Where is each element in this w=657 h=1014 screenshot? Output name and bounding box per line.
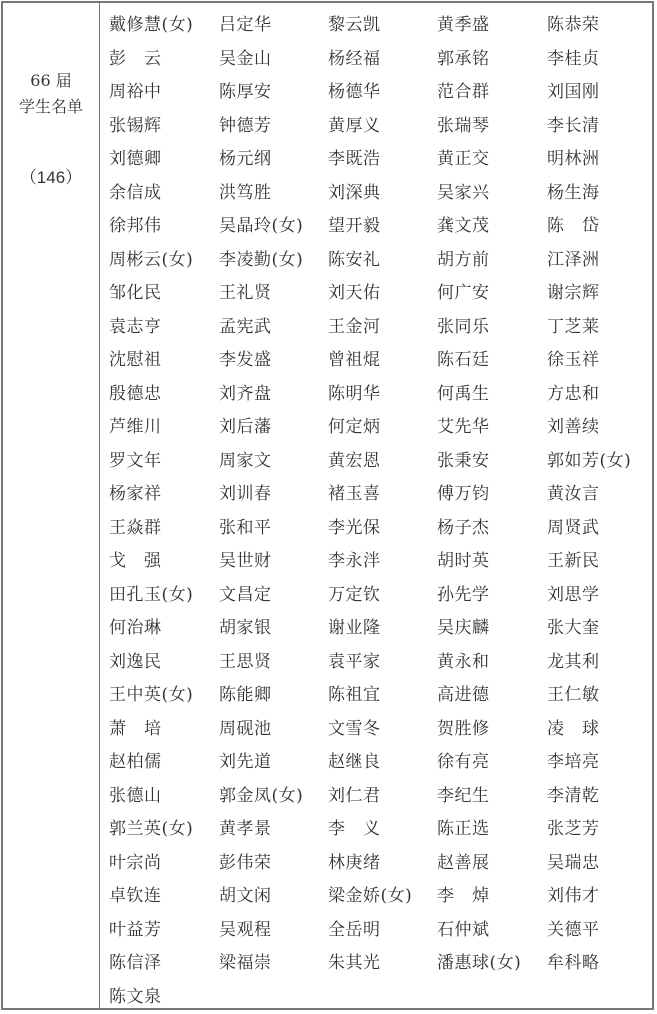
roster-title: 学生名单 (3, 95, 99, 119)
student-name: 王思贤 (219, 646, 272, 680)
name-row: 戴修慧(女)吕定华黎云凯黄季盛陈恭荣 (107, 9, 652, 43)
student-name: 田孔玉(女) (109, 579, 193, 613)
student-name: 陈恭荣 (547, 9, 600, 43)
student-name: 龚文茂 (437, 210, 490, 244)
student-name: 徐玉祥 (547, 344, 600, 378)
student-name: 刘仁君 (328, 780, 381, 814)
student-name: 梁福崇 (219, 947, 272, 981)
student-name: 文雪冬 (328, 713, 381, 747)
student-name: 钟德芳 (219, 110, 272, 144)
student-name: 李凌勤(女) (219, 244, 303, 278)
name-row: 沈慰祖李发盛曾祖焜陈石廷徐玉祥 (107, 344, 652, 378)
name-row: 杨家祥刘训春褚玉喜傅万钧黄汝言 (107, 478, 652, 512)
student-name: 陈石廷 (437, 344, 490, 378)
student-name: 罗文年 (109, 445, 162, 479)
student-name: 吴观程 (219, 914, 272, 948)
student-name: 郭金凤(女) (219, 780, 303, 814)
student-name: 黄永和 (437, 646, 490, 680)
name-row: 何治琳胡家银谢业隆吴庆麟张大奎 (107, 612, 652, 646)
student-name: 丁芝莱 (547, 311, 600, 345)
student-count: （146） (3, 163, 99, 188)
student-name: 徐邦伟 (109, 210, 162, 244)
student-name: 何定炳 (328, 411, 381, 445)
student-name: 周裕中 (109, 76, 162, 110)
student-name: 刘训春 (219, 478, 272, 512)
student-name: 李永泮 (328, 545, 381, 579)
name-row: 周裕中陈厚安杨德华范合群刘国刚 (107, 76, 652, 110)
student-name: 吴世财 (219, 545, 272, 579)
student-name: 王仁敏 (547, 679, 600, 713)
name-row: 刘德卿杨元纲李既浩黄正交明林洲 (107, 143, 652, 177)
student-name: 戴修慧(女) (109, 9, 193, 43)
student-name: 王中英(女) (109, 679, 193, 713)
name-row: 余信成洪笃胜刘深典吴家兴杨生海 (107, 177, 652, 211)
student-name: 吕定华 (219, 9, 272, 43)
student-name: 刘齐盘 (219, 378, 272, 412)
name-row: 刘逸民王思贤袁平家黄永和龙其利 (107, 646, 652, 680)
name-row: 芦维川刘后藩何定炳艾先华刘善续 (107, 411, 652, 445)
name-row: 罗文年周家文黄宏恩张秉安郭如芳(女) (107, 445, 652, 479)
student-name: 黄正交 (437, 143, 490, 177)
name-row: 张德山郭金凤(女)刘仁君李纪生李清乾 (107, 780, 652, 814)
student-name: 刘国刚 (547, 76, 600, 110)
student-name: 何广安 (437, 277, 490, 311)
student-name: 胡家银 (219, 612, 272, 646)
student-name: 胡文闲 (219, 880, 272, 914)
class-label-cell: 66 届 学生名单 （146） (3, 3, 100, 1008)
student-name: 何治琳 (109, 612, 162, 646)
name-row: 袁志亨孟宪武王金河张同乐丁芝莱 (107, 311, 652, 345)
student-name: 郭承铭 (437, 43, 490, 77)
student-name: 陈能卿 (219, 679, 272, 713)
student-name: 杨德华 (328, 76, 381, 110)
student-name: 徐有亮 (437, 746, 490, 780)
student-name: 吴瑞忠 (547, 847, 600, 881)
student-name: 张秉安 (437, 445, 490, 479)
student-name: 李既浩 (328, 143, 381, 177)
student-name: 张同乐 (437, 311, 490, 345)
name-row: 叶益芳吴观程全岳明石仲斌关德平 (107, 914, 652, 948)
student-name: 张德山 (109, 780, 162, 814)
student-name: 范合群 (437, 76, 490, 110)
student-name: 周彬云(女) (109, 244, 193, 278)
name-row: 赵柏儒刘先道赵继良徐有亮李培亮 (107, 746, 652, 780)
student-name: 刘伟才 (547, 880, 600, 914)
student-name: 陈厚安 (219, 76, 272, 110)
student-name: 胡方前 (437, 244, 490, 278)
student-name: 黄厚义 (328, 110, 381, 144)
student-name: 胡时英 (437, 545, 490, 579)
student-name: 刘后藩 (219, 411, 272, 445)
student-name: 黎云凯 (328, 9, 381, 43)
student-name: 李桂贞 (547, 43, 600, 77)
student-name: 吴庆麟 (437, 612, 490, 646)
student-name: 李培亮 (547, 746, 600, 780)
class-year-label: 66 届 (3, 69, 99, 93)
name-row: 田孔玉(女)文昌定万定钦孙先学刘思学 (107, 579, 652, 613)
student-name: 张芝芳 (547, 813, 600, 847)
student-name: 文昌定 (219, 579, 272, 613)
student-name: 李发盛 (219, 344, 272, 378)
student-name: 李长清 (547, 110, 600, 144)
student-name: 郭如芳(女) (547, 445, 631, 479)
names-cell: 戴修慧(女)吕定华黎云凯黄季盛陈恭荣彭 云吴金山杨经福郭承铭李桂贞周裕中陈厚安杨… (107, 9, 652, 1014)
student-name: 王礼贤 (219, 277, 272, 311)
student-name: 李光保 (328, 512, 381, 546)
student-name: 杨家祥 (109, 478, 162, 512)
student-name: 刘德卿 (109, 143, 162, 177)
student-name: 陈安礼 (328, 244, 381, 278)
student-name: 黄季盛 (437, 9, 490, 43)
student-name: 全岳明 (328, 914, 381, 948)
student-name: 何禹生 (437, 378, 490, 412)
student-name: 周家文 (219, 445, 272, 479)
student-name: 杨经福 (328, 43, 381, 77)
student-name: 孟宪武 (219, 311, 272, 345)
student-name: 张大奎 (547, 612, 600, 646)
student-name: 凌 球 (547, 713, 600, 747)
student-name: 彭伟荣 (219, 847, 272, 881)
student-name: 望开毅 (328, 210, 381, 244)
student-name: 陈文泉 (109, 981, 162, 1014)
student-name: 黄汝言 (547, 478, 600, 512)
student-name: 赵继良 (328, 746, 381, 780)
student-name: 江泽洲 (547, 244, 600, 278)
name-row: 张锡辉钟德芳黄厚义张瑞琴李长清 (107, 110, 652, 144)
student-name: 高进德 (437, 679, 490, 713)
student-name: 刘逸民 (109, 646, 162, 680)
student-name: 谢宗辉 (547, 277, 600, 311)
student-name: 李纪生 (437, 780, 490, 814)
student-name: 杨子杰 (437, 512, 490, 546)
student-name: 陈信泽 (109, 947, 162, 981)
student-name: 殷德忠 (109, 378, 162, 412)
name-row: 陈信泽梁福崇朱其光潘惠球(女)牟科略 (107, 947, 652, 981)
student-name: 黄孝景 (219, 813, 272, 847)
student-name: 刘先道 (219, 746, 272, 780)
name-row: 郭兰英(女)黄孝景李 义陈正选张芝芳 (107, 813, 652, 847)
student-name: 郭兰英(女) (109, 813, 193, 847)
student-name: 褚玉喜 (328, 478, 381, 512)
student-name: 赵善展 (437, 847, 490, 881)
student-name: 袁平家 (328, 646, 381, 680)
student-name: 石仲斌 (437, 914, 490, 948)
student-name: 刘思学 (547, 579, 600, 613)
student-name: 吴晶玲(女) (219, 210, 303, 244)
student-name: 沈慰祖 (109, 344, 162, 378)
student-name: 刘天佑 (328, 277, 381, 311)
student-name: 龙其利 (547, 646, 600, 680)
name-row: 王焱群张和平李光保杨子杰周贤武 (107, 512, 652, 546)
student-name: 孙先学 (437, 579, 490, 613)
student-name: 艾先华 (437, 411, 490, 445)
name-row: 彭 云吴金山杨经福郭承铭李桂贞 (107, 43, 652, 77)
student-name: 林庚绪 (328, 847, 381, 881)
student-name: 王新民 (547, 545, 600, 579)
student-name: 张和平 (219, 512, 272, 546)
student-name: 曾祖焜 (328, 344, 381, 378)
student-name: 陈明华 (328, 378, 381, 412)
student-name: 叶益芳 (109, 914, 162, 948)
name-row: 王中英(女)陈能卿陈祖宜高进德王仁敏 (107, 679, 652, 713)
name-row: 卓钦连胡文闲梁金娇(女)李 焯刘伟才 (107, 880, 652, 914)
student-name: 芦维川 (109, 411, 162, 445)
student-name: 杨元纲 (219, 143, 272, 177)
student-name: 方忠和 (547, 378, 600, 412)
name-row: 萧 培周砚池文雪冬贺胜修凌 球 (107, 713, 652, 747)
student-name: 赵柏儒 (109, 746, 162, 780)
name-row: 邹化民王礼贤刘天佑何广安谢宗辉 (107, 277, 652, 311)
student-name: 刘善续 (547, 411, 600, 445)
student-name: 杨生海 (547, 177, 600, 211)
student-name: 朱其光 (328, 947, 381, 981)
student-roster-table: 66 届 学生名单 （146） 戴修慧(女)吕定华黎云凯黄季盛陈恭荣彭 云吴金山… (1, 1, 654, 1010)
name-row: 陈文泉 (107, 981, 652, 1014)
student-name: 余信成 (109, 177, 162, 211)
student-name: 明林洲 (547, 143, 600, 177)
student-name: 关德平 (547, 914, 600, 948)
student-name: 万定钦 (328, 579, 381, 613)
name-row: 周彬云(女)李凌勤(女)陈安礼胡方前江泽洲 (107, 244, 652, 278)
student-name: 叶宗尚 (109, 847, 162, 881)
student-name: 潘惠球(女) (437, 947, 521, 981)
student-name: 王金河 (328, 311, 381, 345)
student-name: 谢业隆 (328, 612, 381, 646)
student-name: 陈 岱 (547, 210, 600, 244)
student-name: 周贤武 (547, 512, 600, 546)
name-row: 戈 强吴世财李永泮胡时英王新民 (107, 545, 652, 579)
name-row: 叶宗尚彭伟荣林庚绪赵善展吴瑞忠 (107, 847, 652, 881)
student-name: 黄宏恩 (328, 445, 381, 479)
student-name: 刘深典 (328, 177, 381, 211)
student-name: 李 义 (328, 813, 381, 847)
name-row: 殷德忠刘齐盘陈明华何禹生方忠和 (107, 378, 652, 412)
student-name: 萧 培 (109, 713, 162, 747)
student-name: 洪笃胜 (219, 177, 272, 211)
student-name: 梁金娇(女) (328, 880, 412, 914)
student-name: 吴家兴 (437, 177, 490, 211)
student-name: 卓钦连 (109, 880, 162, 914)
student-name: 陈正选 (437, 813, 490, 847)
student-name: 袁志亨 (109, 311, 162, 345)
student-name: 陈祖宜 (328, 679, 381, 713)
student-name: 周砚池 (219, 713, 272, 747)
name-row: 徐邦伟吴晶玲(女)望开毅龚文茂陈 岱 (107, 210, 652, 244)
student-name: 傅万钧 (437, 478, 490, 512)
student-name: 吴金山 (219, 43, 272, 77)
student-name: 王焱群 (109, 512, 162, 546)
student-name: 戈 强 (109, 545, 162, 579)
student-name: 李 焯 (437, 880, 490, 914)
student-name: 邹化民 (109, 277, 162, 311)
student-name: 牟科略 (547, 947, 600, 981)
student-name: 张锡辉 (109, 110, 162, 144)
student-name: 彭 云 (109, 43, 162, 77)
student-name: 李清乾 (547, 780, 600, 814)
student-name: 张瑞琴 (437, 110, 490, 144)
student-name: 贺胜修 (437, 713, 490, 747)
